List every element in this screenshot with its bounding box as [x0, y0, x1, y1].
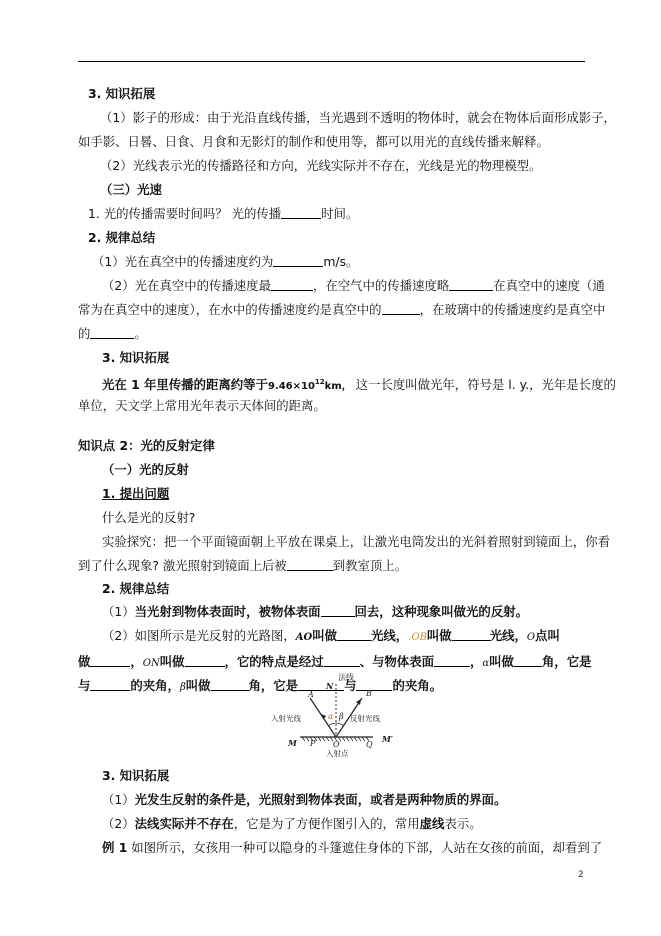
svg-text:M′: M′ — [381, 734, 394, 744]
rule-speed-compare-end: 的。 — [78, 326, 147, 342]
heading-knowledge-extension: 3. 知识拓展 — [88, 86, 155, 102]
svg-text:A: A — [307, 690, 314, 699]
svg-text:Q: Q — [366, 740, 373, 749]
question-propagation-time: 1. 光的传播需要时间吗？ 光的传播时间。 — [88, 206, 358, 222]
svg-text:反射光线: 反射光线 — [350, 713, 380, 723]
blank-fill[interactable] — [287, 558, 333, 571]
svg-text:入射光线: 入射光线 — [271, 713, 301, 723]
blank-fill[interactable] — [273, 254, 323, 267]
blank-fill[interactable] — [271, 278, 313, 291]
paragraph-ray-model: （2）光线表示光的传播路径和方向，光线实际并不存在，光线是光的物理模型。 — [100, 158, 542, 174]
example-1: 例 1 如图所示，女孩用一种可以隐身的斗篷遮住身体的下部，人站在女孩的前面，却看… — [102, 840, 602, 856]
svg-text:β: β — [338, 712, 344, 721]
law-reflection-2-cont: 做，ON叫做，它的特点是经过、与物体表面，α叫做角，它是 — [78, 654, 591, 672]
svg-text:O: O — [333, 740, 340, 749]
paragraph-shadow-cont: 如手影、日晷、日食、月食和无影灯的制作和使用等，都可以用光的直线传播来解释。 — [78, 134, 549, 150]
paragraph-shadow: （1）影子的形成：由于光沿直线传播，当光遇到不透明的物体时，就会在物体后面形成影… — [100, 110, 616, 126]
blank-fill[interactable] — [211, 678, 249, 691]
knowledge-point-2-title: 知识点 2：光的反射定律 — [78, 438, 215, 454]
question-what-is-reflection: 什么是光的反射? — [102, 510, 195, 526]
extension-reflection-condition: （1）光发生反射的条件是，光照射到物体表面，或者是两种物质的界面。 — [102, 792, 506, 808]
blank-fill[interactable] — [452, 628, 490, 641]
blank-fill[interactable] — [337, 628, 371, 641]
blank-fill[interactable] — [321, 604, 355, 617]
heading-summary: 2. 规律总结 — [88, 230, 155, 246]
blank-fill[interactable] — [90, 678, 130, 691]
light-year-definition: 光在 1 年里传播的距离约等于9.46×1012km， 这一长度叫做光年，符号是… — [102, 374, 616, 395]
heading-knowledge-extension-3: 3. 知识拓展 — [102, 768, 169, 784]
blank-fill[interactable] — [514, 654, 542, 667]
reflection-ray-diagram-icon: 法线 N A B α β 入射光线 反射光线 M P O Q M′ 入射点 — [270, 672, 400, 762]
svg-text:B: B — [365, 689, 372, 698]
rule-speed-compare-cont: 常为在真空中的速度），在水中的传播速度约是真空中的，在玻璃中的传播速度约是真空中 — [78, 302, 605, 318]
blank-fill[interactable] — [90, 654, 130, 667]
blank-fill[interactable] — [90, 326, 134, 339]
rule-vacuum-speed: （1）光在真空中的传播速度约为m/s。 — [92, 254, 358, 270]
blank-fill[interactable] — [185, 654, 225, 667]
header-rule — [78, 61, 585, 62]
blank-fill[interactable] — [324, 654, 360, 667]
page-number: 2 — [578, 870, 584, 880]
svg-text:M: M — [287, 738, 298, 748]
rule-speed-compare: （2）光在真空中的传播速度最，在空气中的传播速度略在真空中的速度（通 — [102, 278, 605, 294]
svg-text:入射点: 入射点 — [326, 748, 349, 758]
svg-text:法线: 法线 — [338, 672, 354, 682]
blank-fill[interactable] — [449, 278, 493, 291]
heading-summary-2: 2. 规律总结 — [102, 581, 169, 597]
light-year-definition-cont: 单位，天文学上常用光年表示天体间的距离。 — [78, 398, 326, 414]
law-reflection-1: （1）当光射到物体表面时，被物体表面回去，这种现象叫做光的反射。 — [102, 604, 528, 620]
law-reflection-2: （2）如图所示是光反射的光路图，AO叫做光线，.OB叫做光线，O点叫 — [102, 628, 560, 646]
section-reflection: （一）光的反射 — [102, 462, 189, 478]
blank-fill[interactable] — [382, 302, 420, 315]
experiment-text: 实验探究：把一个平面镜面朝上平放在课桌上，让激光电筒发出的光斜着照射到镜面上，你… — [102, 534, 610, 550]
svg-text:α: α — [328, 712, 334, 721]
blank-fill[interactable] — [434, 654, 470, 667]
section-light-speed: （三）光速 — [100, 182, 162, 198]
experiment-text-cont: 到了什么现象? 激光照射到镜面上后被到教室顶上。 — [78, 558, 407, 574]
extension-normal-line: （2）法线实际并不存在，它是为了方便作图引入的，常用虚线表示。 — [102, 816, 482, 832]
reflection-diagram: 法线 N A B α β 入射光线 反射光线 M P O Q M′ 入射点 — [270, 672, 400, 762]
heading-raise-question: 1. 提出问题 — [102, 486, 169, 502]
heading-knowledge-extension-2: 3. 知识拓展 — [102, 350, 169, 366]
blank-fill[interactable] — [281, 206, 321, 219]
svg-text:N: N — [325, 681, 334, 691]
svg-text:P: P — [309, 739, 316, 748]
